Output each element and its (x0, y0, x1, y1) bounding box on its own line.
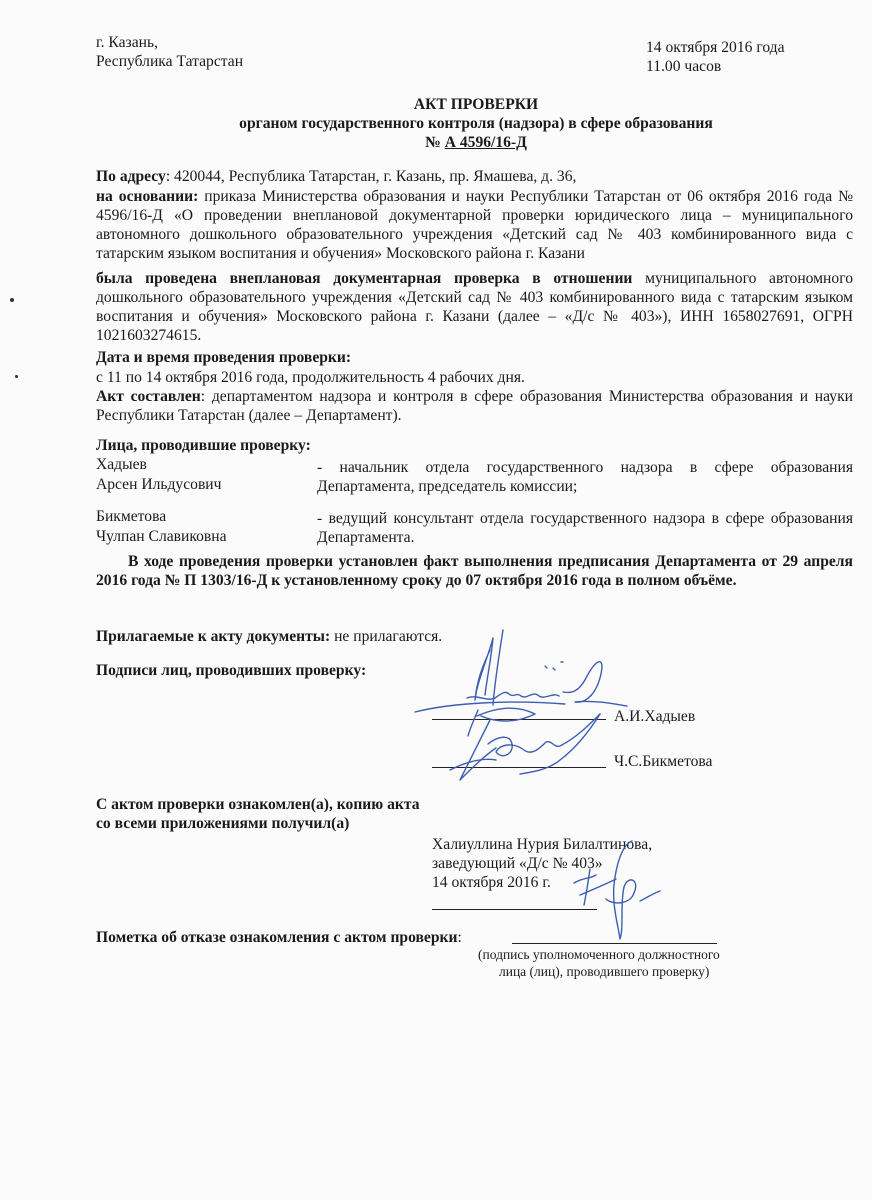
inspectors-label: Лица, проводившие проверку: (96, 436, 311, 455)
act-number-prefix: № (425, 134, 445, 151)
scan-speck (15, 375, 18, 378)
inspector-2-name: Чулпан Славиковна (96, 527, 227, 546)
page-subtitle: органом государственного контроля (надзо… (0, 114, 872, 133)
finding-paragraph: В ходе проведения проверки установлен фа… (96, 552, 853, 590)
datetime-label: Дата и время проведения проверки: (96, 348, 351, 367)
page-title: АКТ ПРОВЕРКИ (0, 95, 872, 114)
refusal-label: Пометка об отказе ознакомления с актом п… (96, 929, 458, 946)
inspector-2-surname: Бикметова (96, 507, 166, 526)
acknowledgement-line1: С актом проверки ознакомлен(а), копию ак… (96, 795, 420, 814)
act-number-value: А 4596/16-Д (445, 134, 527, 151)
place-line2: Республика Татарстан (96, 52, 243, 71)
inspection-paragraph: была проведена внеплановая документарная… (96, 269, 853, 345)
address-label: По адресу (96, 168, 166, 185)
signature-khaliullina-icon (560, 835, 670, 945)
refusal-caption-line1: (подпись уполномоченного должностного (478, 946, 720, 963)
basis-value: приказа Министерства образования и науки… (96, 188, 853, 262)
refusal-signature-line (512, 943, 717, 944)
datetime-value: с 11 по 14 октября 2016 года, продолжите… (96, 368, 525, 387)
signature-bikmetova-icon (440, 700, 610, 790)
refusal-caption-line2: лица (лиц), проводившего проверку) (499, 963, 709, 980)
composed-value: : департаментом надзора и контроля в сфе… (96, 388, 853, 424)
address-line: По адресу: 420044, Республика Татарстан,… (96, 167, 576, 186)
refusal-colon: : (458, 929, 462, 946)
inspector-1-surname: Хадыев (96, 455, 147, 474)
basis-paragraph: на основании: приказа Министерства образ… (96, 187, 853, 263)
attachments-label: Прилагаемые к акту документы: (96, 628, 330, 645)
document-date: 14 октября 2016 года (646, 38, 785, 57)
inspector-1-role: - начальник отдела государственного надз… (317, 458, 853, 496)
address-value: : 420044, Республика Татарстан, г. Казан… (166, 168, 577, 185)
document-time: 11.00 часов (646, 57, 721, 76)
act-number: № А 4596/16-Д (0, 133, 872, 152)
place-line1: г. Казань, (96, 33, 158, 52)
inspector-1-name: Арсен Ильдусович (96, 475, 222, 494)
composed-label: Акт составлен (96, 388, 201, 405)
inspector-2-role: - ведущий консультант отдела государстве… (317, 509, 853, 547)
refusal-line: Пометка об отказе ознакомления с актом п… (96, 928, 462, 947)
signatures-label: Подписи лиц, проводивших проверку: (96, 661, 366, 680)
basis-label: на основании: (96, 188, 198, 205)
scan-speck (10, 298, 14, 302)
recipient-date: 14 октября 2016 г. (432, 873, 551, 892)
document-page: г. Казань, Республика Татарстан 14 октяб… (0, 0, 872, 1200)
inspection-label: была проведена внеплановая документарная… (96, 270, 632, 287)
acknowledgement-line2: со всеми приложениями получил(а) (96, 814, 349, 833)
composed-paragraph: Акт составлен: департаментом надзора и к… (96, 387, 853, 425)
attachments-line: Прилагаемые к акту документы: не прилага… (96, 627, 442, 646)
signer-2-name: Ч.С.Бикметова (614, 752, 712, 771)
